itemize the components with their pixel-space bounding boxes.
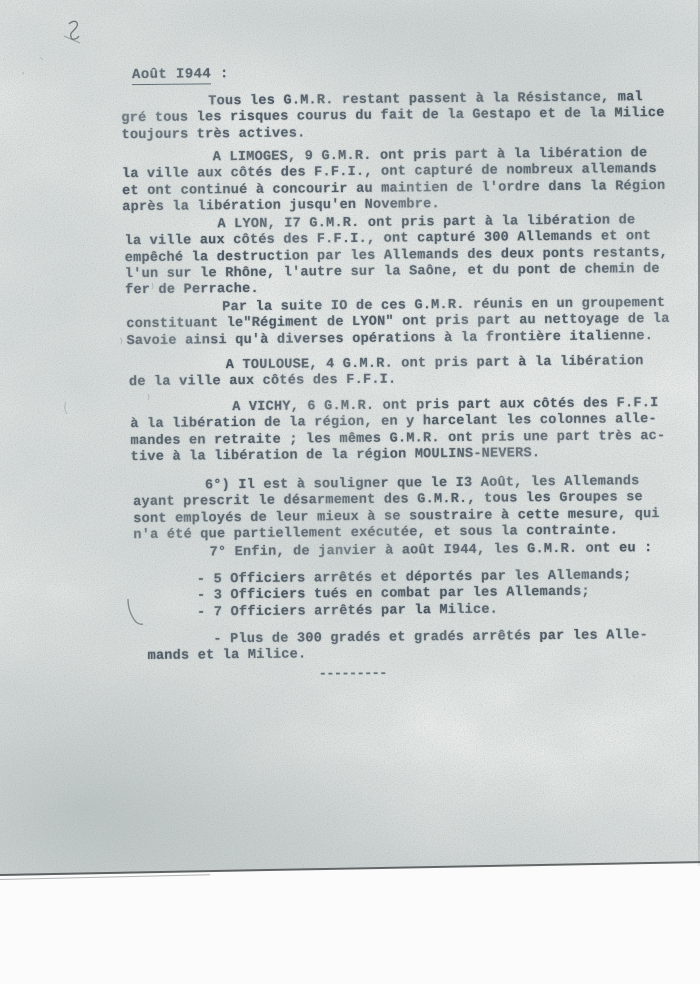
paragraph-gmr-resistance: Tous les G.M.R. restant passent à la Rés… bbox=[121, 90, 665, 144]
casualties-list: - 5 Officiers arrêtés et déportés par le… bbox=[197, 568, 632, 621]
paragraph-regiment-de-lyon: Par la suite IO de ces G.M.R. réunis en … bbox=[126, 296, 670, 350]
paragraph-casualties-intro: 7° Enfin, de janvier à août I944, les G.… bbox=[137, 541, 653, 562]
paragraph-disarmament: 6°) Il est à souligner que le I3 Août, l… bbox=[133, 474, 660, 544]
date-heading-text: Août I944 bbox=[132, 66, 211, 85]
paragraph-vichy: A VICHY, 6 G.M.R. ont pris part aux côté… bbox=[130, 396, 665, 466]
date-heading: Août I944 : bbox=[132, 66, 229, 83]
typed-separator-dashes: --------- bbox=[319, 667, 387, 684]
page-bottom-white-zone bbox=[0, 856, 700, 984]
paragraph-lyon: A LYON, I7 G.M.R. ont pris part à la lib… bbox=[124, 213, 668, 300]
paragraph-arrests-total: - Plus de 300 gradés et gradés arrêtés p… bbox=[147, 628, 648, 665]
scanned-document-page: Août I944 : Tous les G.M.R. restant pass… bbox=[0, 0, 700, 984]
paragraph-limoges: A LIMOGES, 9 G.M.R. ont pris part à la l… bbox=[122, 146, 666, 216]
paragraph-toulouse: A TOULOUSE, 4 G.M.R. ont pris part à la … bbox=[129, 354, 644, 392]
typewritten-content: Août I944 : Tous les G.M.R. restant pass… bbox=[0, 0, 700, 984]
date-heading-colon: : bbox=[211, 66, 229, 82]
